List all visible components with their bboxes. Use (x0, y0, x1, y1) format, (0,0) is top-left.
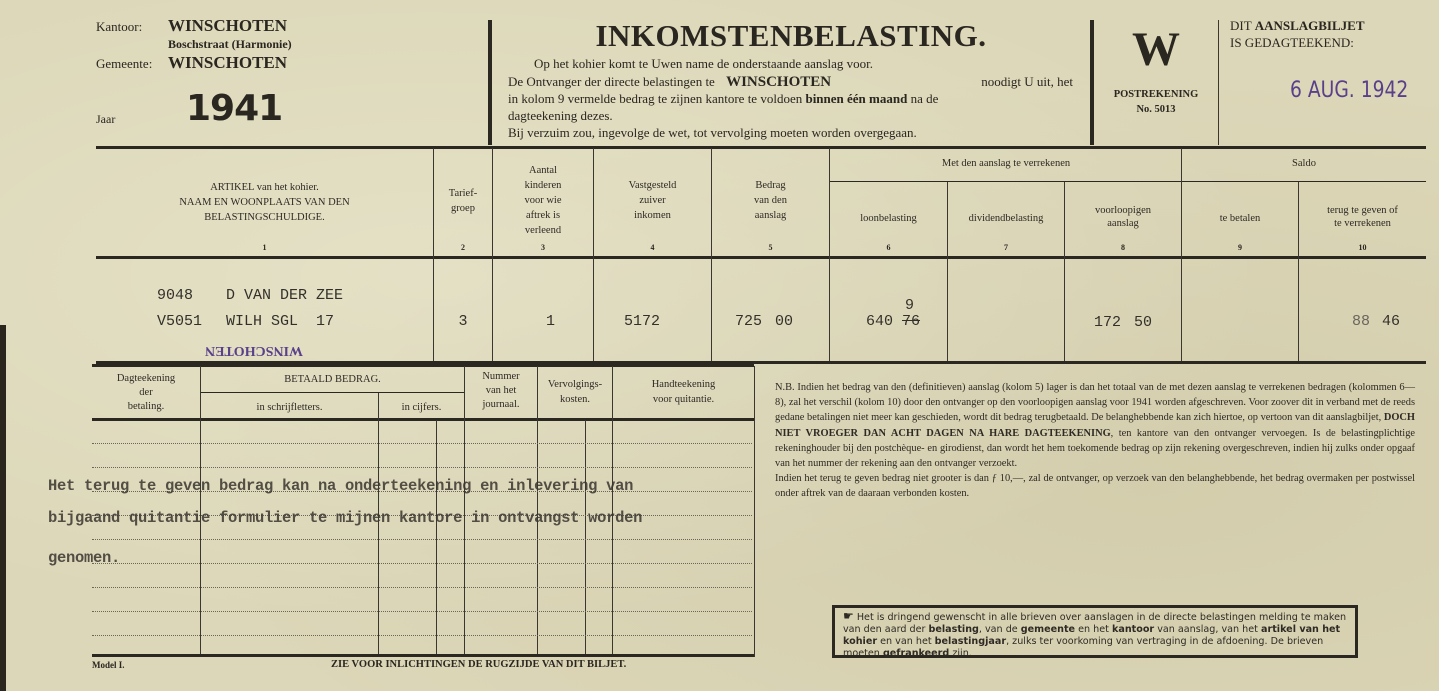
typed-note-line-2: bijgaand quitantie formulier te mijnen k… (48, 509, 642, 527)
col-header-text: van het (465, 384, 537, 398)
intro-text: De Ontvanger der directe belastingen te (508, 74, 715, 89)
dotted-line (92, 635, 752, 636)
col-header-7: dividendbelasting (948, 211, 1064, 226)
col-header-9: te betalen (1182, 211, 1298, 226)
col-divider (1181, 148, 1182, 361)
nb-text: N.B. Indien het bedrag van den (definiti… (775, 382, 1415, 423)
col-number: 3 (493, 243, 593, 252)
notice-text-bold: gemeente (1021, 624, 1075, 635)
col-header-text: aanslag (712, 208, 829, 223)
tax-assessment-form: Kantoor: WINSCHOTEN Boschstraat (Harmoni… (0, 0, 1439, 691)
dotted-line (92, 563, 752, 564)
col-header-text: Vastgesteld (594, 178, 711, 193)
intro-line-3: in kolom 9 vermelde bedrag te zijnen kan… (508, 91, 1076, 107)
col-header-text: ARTIKEL van het kohier. (96, 180, 433, 195)
col-header-text: aanslag (1065, 217, 1181, 230)
gemeente-label: Gemeente: (96, 56, 152, 72)
kinderen-value: 1 (493, 313, 608, 330)
col-number: 8 (1065, 243, 1181, 252)
col-number: 4 (594, 243, 711, 252)
col-divider (829, 148, 830, 361)
col-number: 6 (830, 243, 947, 252)
footer-instruction: ZIE VOOR INLICHTINGEN DE RUGZIJDE VAN DI… (331, 659, 626, 670)
jaar-label: Jaar (96, 112, 115, 127)
taxpayer-name: D VAN DER ZEE (226, 287, 343, 304)
correspondence-notice: ☛ Het is dringend gewenscht in alle brie… (832, 605, 1358, 658)
notice-text: zijn. (952, 648, 972, 659)
payment-col-divider (436, 420, 437, 654)
col-header-text: journaal. (465, 398, 537, 412)
dotted-line (92, 611, 752, 612)
typed-note-line-3: genomen. (48, 549, 120, 567)
dotted-line (92, 587, 752, 588)
notice-text-bold: kantoor (1112, 624, 1154, 635)
intro-text: noodigt U uit, het (981, 74, 1073, 90)
col-header-text: NAAM EN WOONPLAATS VAN DEN (96, 195, 433, 210)
col-header-2: Tarief- groep (434, 186, 492, 216)
payment-header-cijfers: in cijfers. (379, 400, 464, 415)
notice-text-bold: belastingjaar (935, 636, 1006, 647)
gemeente-value: WINSCHOTEN (168, 53, 287, 73)
intro-city: WINSCHOTEN (726, 74, 831, 90)
typed-note-line-1: Het terug te geven bedrag kan na onderte… (48, 477, 633, 495)
date-stamp: 6 AUG. 1942 (1290, 78, 1408, 103)
intro-line-1: Op het kohier komt te Uwen name de onder… (534, 56, 873, 72)
loonbelasting-cents: 76 (902, 313, 920, 330)
betaald-subrule (201, 392, 465, 393)
notice-text: , van de (979, 624, 1018, 635)
payment-bottom-rule (92, 654, 754, 657)
payment-col-divider (585, 420, 586, 654)
intro-line-4: dagteekening dezes. (508, 108, 613, 124)
dated-line-1: DIT AANSLAGBILJET (1230, 18, 1365, 34)
col-number: 2 (434, 243, 492, 252)
terug-cents: 46 (1382, 313, 1400, 330)
payment-header-rule (92, 418, 754, 421)
col-header-text: Aantal (493, 163, 593, 178)
payment-header-betaald: BETAALD BEDRAG. (201, 372, 464, 387)
notice-text-bold: gefrankeerd (883, 648, 949, 659)
col-header-text: loonbelasting (830, 211, 947, 226)
model-label: Model I. (92, 660, 125, 670)
col-header-text: BELASTINGSCHULDIGE. (96, 210, 433, 225)
col-header-text: te verrekenen (1299, 217, 1426, 230)
col-header-text: Nummer (465, 370, 537, 384)
col-header-text: zuiver (594, 193, 711, 208)
col-header-text: van den (712, 193, 829, 208)
taxpayer-address: WILH SGL 17 (226, 313, 334, 330)
col-header-4: Vastgesteld zuiver inkomen (594, 178, 711, 223)
col-header-text: betaling. (92, 400, 200, 414)
postrekening-number: No. 5013 (1094, 104, 1218, 115)
notice-text: en van het (880, 636, 931, 647)
tariefgroep-value: 3 (434, 313, 492, 330)
col-number: 1 (96, 243, 433, 252)
col-header-text: Dagteekening (92, 372, 200, 386)
col-number: 5 (712, 243, 829, 252)
col-header-8: voorloopigen aanslag (1065, 204, 1181, 230)
notice-text-bold: belasting (928, 624, 978, 635)
kantoor-address: Boschstraat (Harmonie) (168, 37, 292, 52)
col-divider (947, 182, 948, 361)
payment-top-rule (92, 364, 754, 367)
col-header-text: Bedrag (712, 178, 829, 193)
kantoor-value: WINSCHOTEN (168, 16, 287, 36)
col-header-text: voorloopigen (1065, 204, 1181, 217)
col-header-3: Aantal kinderen voor wie aftrek is verle… (493, 163, 593, 238)
group-header-saldo: Saldo (1182, 156, 1426, 171)
header-divider (1218, 20, 1219, 145)
dated-text: DIT (1230, 18, 1251, 33)
col-header-text: kinderen (493, 178, 593, 193)
table-header-rule (96, 256, 1426, 259)
col-header-text: aftrek is (493, 208, 593, 223)
bedrag-aanslag-cents: 00 (775, 313, 793, 330)
intro-text: na de (911, 91, 939, 106)
jaar-value: 1941 (186, 88, 282, 129)
payment-header-schrijfletters: in schrijfletters. (201, 400, 378, 415)
taxpayer-code: V5051 (157, 313, 202, 330)
intro-text: in kolom 9 vermelde bedrag te zijnen kan… (508, 91, 802, 106)
col-number: 9 (1182, 243, 1298, 252)
notice-text: en het (1078, 624, 1109, 635)
artikel-number: 9048 (157, 287, 193, 304)
loonbelasting-guilders: 640 (866, 313, 893, 330)
group-header-rule (830, 181, 1426, 182)
bedrag-aanslag-guilders: 725 (735, 313, 762, 330)
col-header-text: terug te geven of (1299, 204, 1426, 217)
dotted-line (92, 443, 752, 444)
col-header-10: terug te geven of te verrekenen (1299, 204, 1426, 230)
col-number: 7 (948, 243, 1064, 252)
col-header-text: groep (434, 201, 492, 216)
group-header-verrekenen: Met den aanslag te verrekenen (830, 156, 1182, 171)
nb-explanation: N.B. Indien het bedrag van den (definiti… (775, 380, 1415, 502)
form-title: INKOMSTENBELASTING. (492, 18, 1090, 54)
kantoor-label: Kantoor: (96, 19, 142, 35)
col-header-text: Vervolgings- (538, 377, 612, 392)
col-header-text: verleend (493, 223, 593, 238)
col-header-text: kosten. (538, 392, 612, 407)
col-header-text: Handteekening (613, 377, 754, 392)
col-header-text: voor quitantie. (613, 392, 754, 407)
voorloopigen-guilders: 172 (1094, 314, 1121, 331)
page-edge-shadow (0, 325, 6, 691)
dated-line-2: IS GEDAGTEEKEND: (1230, 35, 1354, 51)
col-header-5: Bedrag van den aanslag (712, 178, 829, 223)
postrekening-label: POSTREKENING (1094, 89, 1218, 100)
intro-line-5: Bij verzuim zou, ingevolge de wet, tot v… (508, 125, 917, 141)
payment-header-dagteekening: Dagteekening der betaling. (92, 372, 200, 414)
loonbelasting-correction: 9 (905, 297, 914, 314)
dotted-line (92, 467, 752, 468)
col-header-text: dividendbelasting (948, 211, 1064, 226)
col-header-6: loonbelasting (830, 211, 947, 226)
payment-header-handteekening: Handteekening voor quitantie. (613, 377, 754, 407)
nb-text: Indien het terug te geven bedrag niet gr… (775, 473, 1415, 499)
col-header-text: Tarief- (434, 186, 492, 201)
dotted-line (92, 539, 752, 540)
payment-col-divider (754, 366, 755, 657)
terug-guilders: 88 (1352, 313, 1370, 330)
tax-letter-w: W (1094, 22, 1218, 77)
intro-deadline: binnen één maand (805, 91, 907, 106)
voorloopigen-cents: 50 (1134, 314, 1152, 331)
payment-header-nummer: Nummer van het journaal. (465, 370, 537, 412)
notice-text: van aanslag, van het (1157, 624, 1258, 635)
col-number: 10 (1299, 243, 1426, 252)
col-header-1: ARTIKEL van het kohier. NAAM EN WOONPLAA… (96, 180, 433, 225)
mirrored-stamp: WINSCHOTEN (205, 342, 303, 358)
intro-line-2: De Ontvanger der directe belastingen te … (508, 74, 1073, 91)
pointing-hand-icon: ☛ (843, 609, 854, 623)
col-header-text: der (92, 386, 200, 400)
col-header-text: voor wie (493, 193, 593, 208)
col-header-text: inkomen (594, 208, 711, 223)
col-header-text: te betalen (1182, 211, 1298, 226)
payment-header-vervolging: Vervolgings- kosten. (538, 377, 612, 407)
dated-text-bold: AANSLAGBILJET (1255, 18, 1365, 33)
table-top-rule (96, 146, 1426, 149)
zuiver-inkomen-value: 5172 (624, 313, 660, 330)
